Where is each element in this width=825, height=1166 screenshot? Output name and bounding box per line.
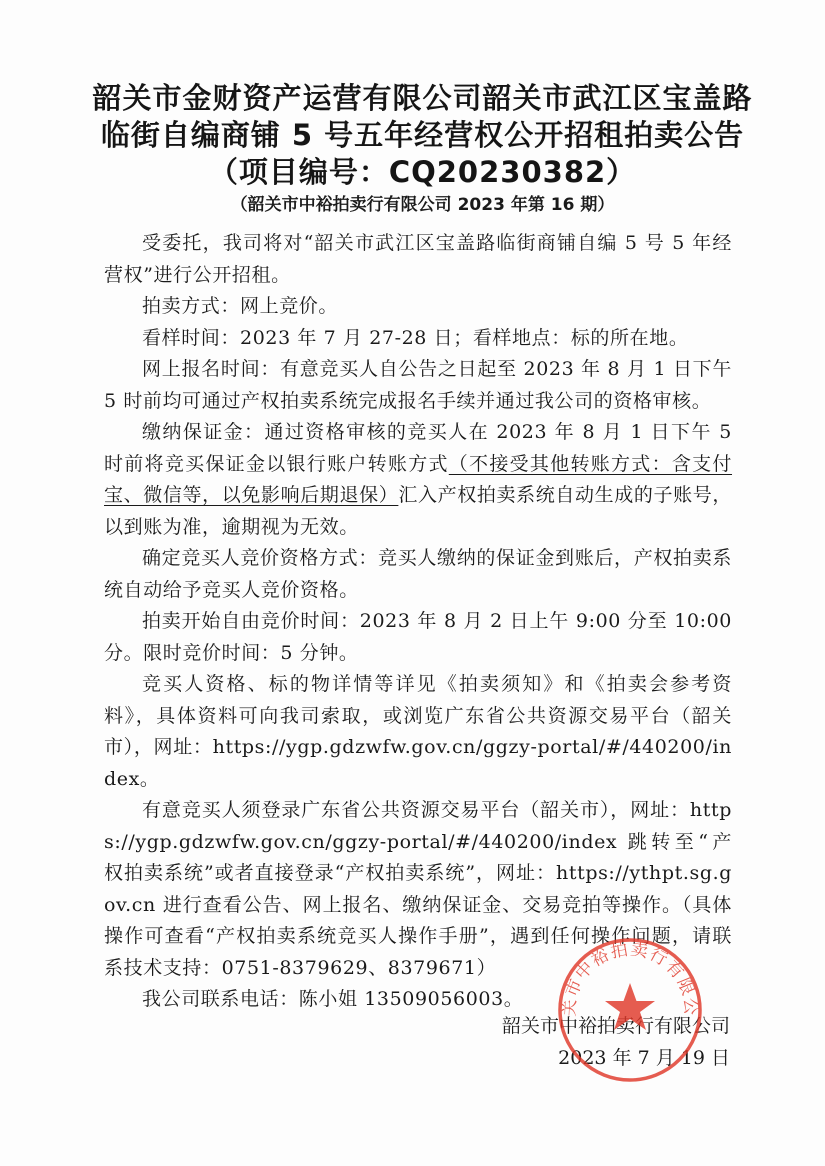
signature-block: 韶关市中裕拍卖行有限公司 2023 年 7 月 19 日 bbox=[502, 1010, 730, 1074]
paragraph-auction-method: 拍卖方式：网上竞价。 bbox=[104, 291, 732, 323]
paragraph-bidding-time: 拍卖开始自由竞价时间：2023 年 8 月 2 日上午 9:00 分至 10:0… bbox=[104, 606, 732, 669]
paragraph-platform-login: 有意竞买人须登录广东省公共资源交易平台（韶关市），网址：https://ygp.… bbox=[104, 795, 732, 984]
title-line-1: 韶关市金财资产运营有限公司韶关市武江区宝盖路 bbox=[60, 80, 785, 117]
paragraph-qualification: 确定竞买人竞价资格方式：竞买人缴纳的保证金到账后，产权拍卖系统自动给予竞买人竞价… bbox=[104, 543, 732, 606]
document-page: 韶关市金财资产运营有限公司韶关市武江区宝盖路 临街自编商铺 5 号五年经营权公开… bbox=[0, 0, 825, 1166]
paragraph-commission: 受委托，我司将对“韶关市武江区宝盖路临街商铺自编 5 号 5 年经营权”进行公开… bbox=[104, 228, 732, 291]
announcement-body: 受委托，我司将对“韶关市武江区宝盖路临街商铺自编 5 号 5 年经营权”进行公开… bbox=[104, 228, 732, 1016]
announcement-header: 韶关市金财资产运营有限公司韶关市武江区宝盖路 临街自编商铺 5 号五年经营权公开… bbox=[60, 80, 785, 219]
paragraph-deposit: 缴纳保证金：通过资格审核的竞买人在 2023 年 8 月 1 日下午 5 时前将… bbox=[104, 417, 732, 543]
signature-company: 韶关市中裕拍卖行有限公司 bbox=[502, 1010, 730, 1042]
project-number: （项目编号：CQ20230382） bbox=[60, 154, 785, 191]
signature-date: 2023 年 7 月 19 日 bbox=[502, 1042, 730, 1074]
paragraph-registration: 网上报名时间：有意竞买人自公告之日起至 2023 年 8 月 1 日下午 5 时… bbox=[104, 354, 732, 417]
paragraph-reference-materials: 竞买人资格、标的物详情等详见《拍卖须知》和《拍卖会参考资料》，具体资料可向我司索… bbox=[104, 669, 732, 795]
issue-subtitle: （韶关市中裕拍卖行有限公司 2023 年第 16 期） bbox=[60, 191, 785, 219]
title-line-2: 临街自编商铺 5 号五年经营权公开招租拍卖公告 bbox=[60, 117, 785, 154]
paragraph-viewing-time: 看样时间：2023 年 7 月 27-28 日；看样地点：标的所在地。 bbox=[104, 323, 732, 355]
